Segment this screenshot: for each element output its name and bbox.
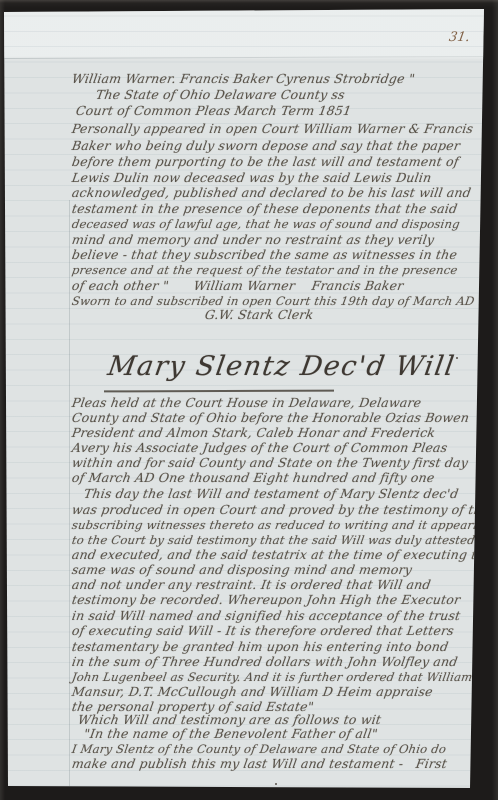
manuscript-line: subscribing witnesses thereto as reduced… (71, 518, 494, 532)
top-page-crease (4, 56, 484, 59)
attestation-line: Sworn to and subscribed in open Court th… (71, 294, 498, 308)
manuscript-line: within and for said County and State on … (71, 456, 469, 470)
ledger-page: 31. William Warner. Francis Baker Cyrenu… (0, 0, 498, 800)
manuscript-line: before them purporting to be the last wi… (71, 155, 460, 169)
page-number: 31. (448, 30, 471, 45)
manuscript-line: Lewis Dulin now deceased was by the said… (71, 171, 433, 185)
manuscript-line: of executing said Will - It is therefore… (71, 624, 455, 638)
manuscript-line: I Mary Slentz of the County of Delaware … (71, 742, 447, 756)
manuscript-line: of March AD One thousand Eight hundred a… (71, 471, 436, 485)
manuscript-line: and not under any restraint. It is order… (71, 578, 432, 592)
manuscript-line: mind and memory and under no restraint a… (71, 233, 435, 247)
manuscript-line: testament in the presence of these depon… (71, 202, 459, 216)
manuscript-line: in said Will named and signified his acc… (71, 609, 462, 623)
manuscript-line: was produced in open Court and proved by… (71, 503, 491, 517)
manuscript-line: same was of sound and disposing mind and… (71, 563, 413, 577)
left-margin-crease (69, 200, 70, 786)
manuscript-line: and executed, and the said testatrix at … (71, 548, 494, 562)
manuscript-line: John Lugenbeel as Security. And it is fu… (71, 670, 474, 684)
manuscript-line: Which Will and testimony are as follows … (77, 713, 382, 727)
manuscript-line: Court of Common Pleas March Term 1851 (75, 104, 352, 118)
manuscript-line: deceased was of lawful age, that he was … (71, 217, 461, 231)
manuscript-line: testamentary be granted him upon his ent… (71, 640, 449, 654)
manuscript-line: testimony be recorded. Whereupon John Hi… (71, 593, 462, 607)
manuscript-line: acknowledged, published and declared to … (71, 186, 472, 200)
manuscript-line: presence and at the request of the testa… (71, 263, 459, 277)
manuscript-line: to the Court by said testimony that the … (71, 533, 476, 547)
ink-speck (275, 783, 277, 785)
manuscript-line: Baker who being duly sworn depose and sa… (71, 139, 461, 153)
manuscript-line: County and State of Ohio before the Hono… (71, 411, 470, 425)
manuscript-line: Personally appeared in open Court Willia… (71, 122, 474, 136)
manuscript-line: Pleas held at the Court House in Delawar… (71, 396, 423, 410)
clerk-signature: G.W. Stark Clerk (204, 308, 315, 322)
manuscript-line: William Warner. Francis Baker Cyrenus St… (71, 72, 416, 86)
manuscript-line: Avery his Associate Judges of the Court … (71, 441, 449, 455)
heading-underline (104, 390, 334, 393)
manuscript-line: The State of Ohio Delaware County ss (95, 88, 346, 102)
will-invocation-line: "In the name of the Benevolent Father of… (83, 727, 379, 741)
section-heading: Mary Slentz Dec'd Will (106, 352, 458, 382)
witness-signatures-line: of each other " William Warner Francis B… (71, 279, 405, 293)
manuscript-line: This day the last Will and testament of … (83, 487, 460, 501)
manuscript-line: make and publish this my last Will and t… (71, 757, 448, 771)
manuscript-line: President and Almon Stark, Caleb Honar a… (71, 426, 436, 440)
manuscript-line: believe - that they subscribed the same … (71, 248, 458, 262)
manuscript-line: in the sum of Three Hundred dollars with… (71, 655, 459, 669)
manuscript-line: Mansur, D.T. McCullough and William D He… (71, 685, 434, 699)
